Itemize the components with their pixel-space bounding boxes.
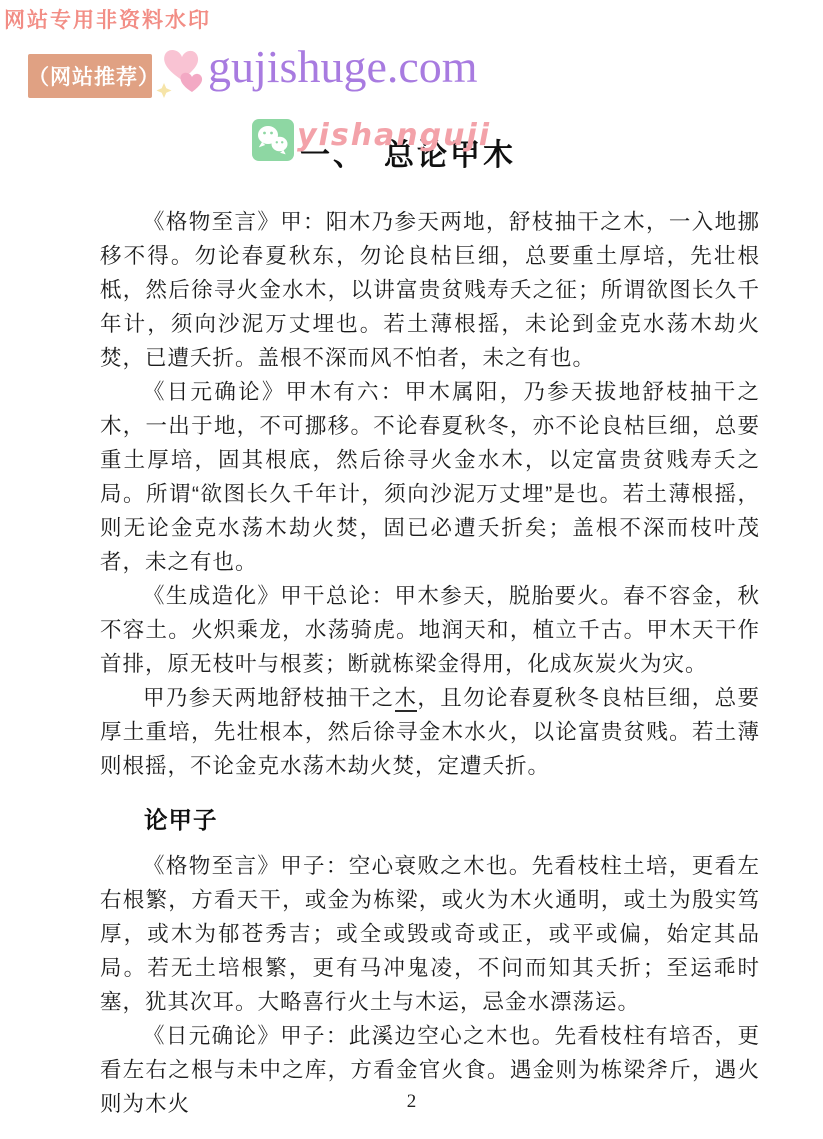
paragraph-gewuzhiyan-jiazi: 《格物至言》甲子：空心衰败之木也。先看枝柱土培，更看左右根繁，方看天干，或金为栋… xyxy=(100,849,760,1019)
paragraph-gewuzhiyan-jia: 《格物至言》甲：阳木乃参天两地，舒枝抽干之木，一入地挪移不得。勿论春夏秋东，勿论… xyxy=(100,205,760,375)
paragraph-summary: 甲乃参天两地舒枝抽干之木，且勿论春夏秋冬良枯巨细，总要厚土重培，先壮根本，然后徐… xyxy=(100,681,760,783)
document-page: 网站专用非资料水印 （网站推荐） gujishuge.com yishanguj… xyxy=(0,0,823,1139)
paragraph-riyuanquelun-jiamu: 《日元确论》甲木有六：甲木属阳，乃参天拔地舒枝抽干之木，一出于地，不可挪移。不论… xyxy=(100,375,760,579)
section-heading-jiazi: 论甲子 xyxy=(144,803,760,837)
wechat-icon xyxy=(252,119,294,166)
paragraph-summary-pre: 甲乃参天两地舒枝抽干之 xyxy=(143,686,395,710)
document-body: 《格物至言》甲：阳木乃参天两地，舒枝抽干之木，一入地挪移不得。勿论春夏秋东，勿论… xyxy=(100,205,760,1121)
paragraph-shengchengzaohua: 《生成造化》甲干总论：甲木参天，脱胎要火。春不容金，秋不容土。火炽乘龙，水荡骑虎… xyxy=(100,579,760,681)
script-watermark: yishanguji xyxy=(297,118,491,153)
hearts-sparkle-icon xyxy=(155,42,209,117)
paragraph-summary-underlined-char: 木 xyxy=(395,686,418,712)
site-badge: （网站推荐） xyxy=(28,54,152,98)
page-number: 2 xyxy=(0,1091,823,1113)
corner-watermark-text: 网站专用非资料水印 xyxy=(4,4,211,34)
site-name-logo: gujishuge.com xyxy=(208,40,478,93)
